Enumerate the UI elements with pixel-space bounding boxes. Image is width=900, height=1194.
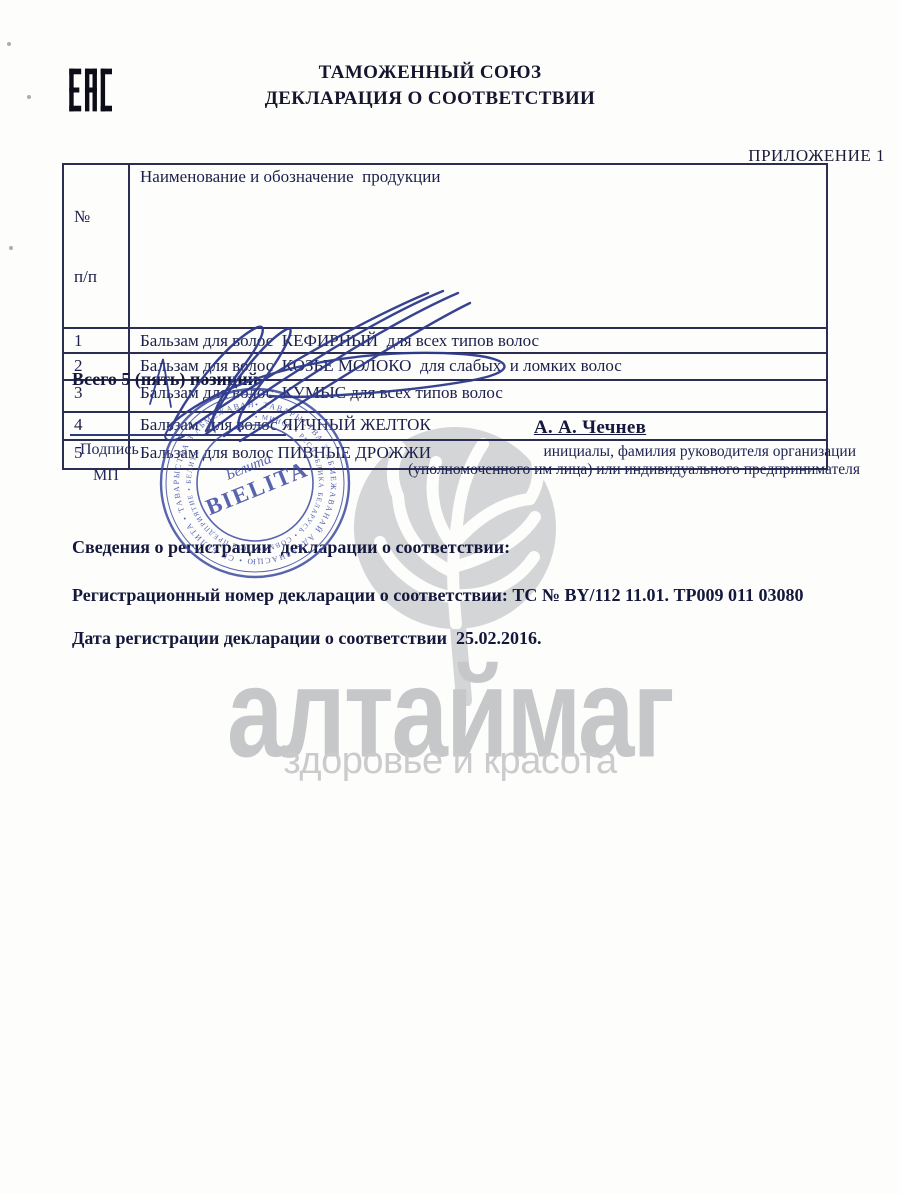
header-number-sign: №: [74, 207, 120, 227]
title-line-1: ТАМОЖЕННЫЙ СОЮЗ: [130, 60, 730, 86]
seal-label: МП: [93, 467, 119, 485]
scan-speck: [9, 246, 13, 250]
head-name-caption-2: (уполномоченного им лица) или индивидуал…: [408, 461, 860, 479]
registration-number-line: Регистрационный номер декларации о соотв…: [72, 585, 804, 606]
document-title: ТАМОЖЕННЫЙ СОЮЗ ДЕКЛАРАЦИЯ О СООТВЕТСТВИ…: [130, 60, 730, 112]
eac-mark-icon: [68, 66, 112, 114]
registration-date-line: Дата регистрации декларации о соответств…: [72, 628, 542, 649]
scan-speck: [7, 42, 11, 46]
handwritten-signature: [118, 278, 598, 453]
scan-speck: [27, 95, 31, 99]
header-number-sub: п/п: [74, 267, 120, 287]
watermark-slogan: здоровье и красота: [0, 740, 900, 783]
title-line-2: ДЕКЛАРАЦИЯ О СООТВЕТСТВИИ: [130, 86, 730, 112]
